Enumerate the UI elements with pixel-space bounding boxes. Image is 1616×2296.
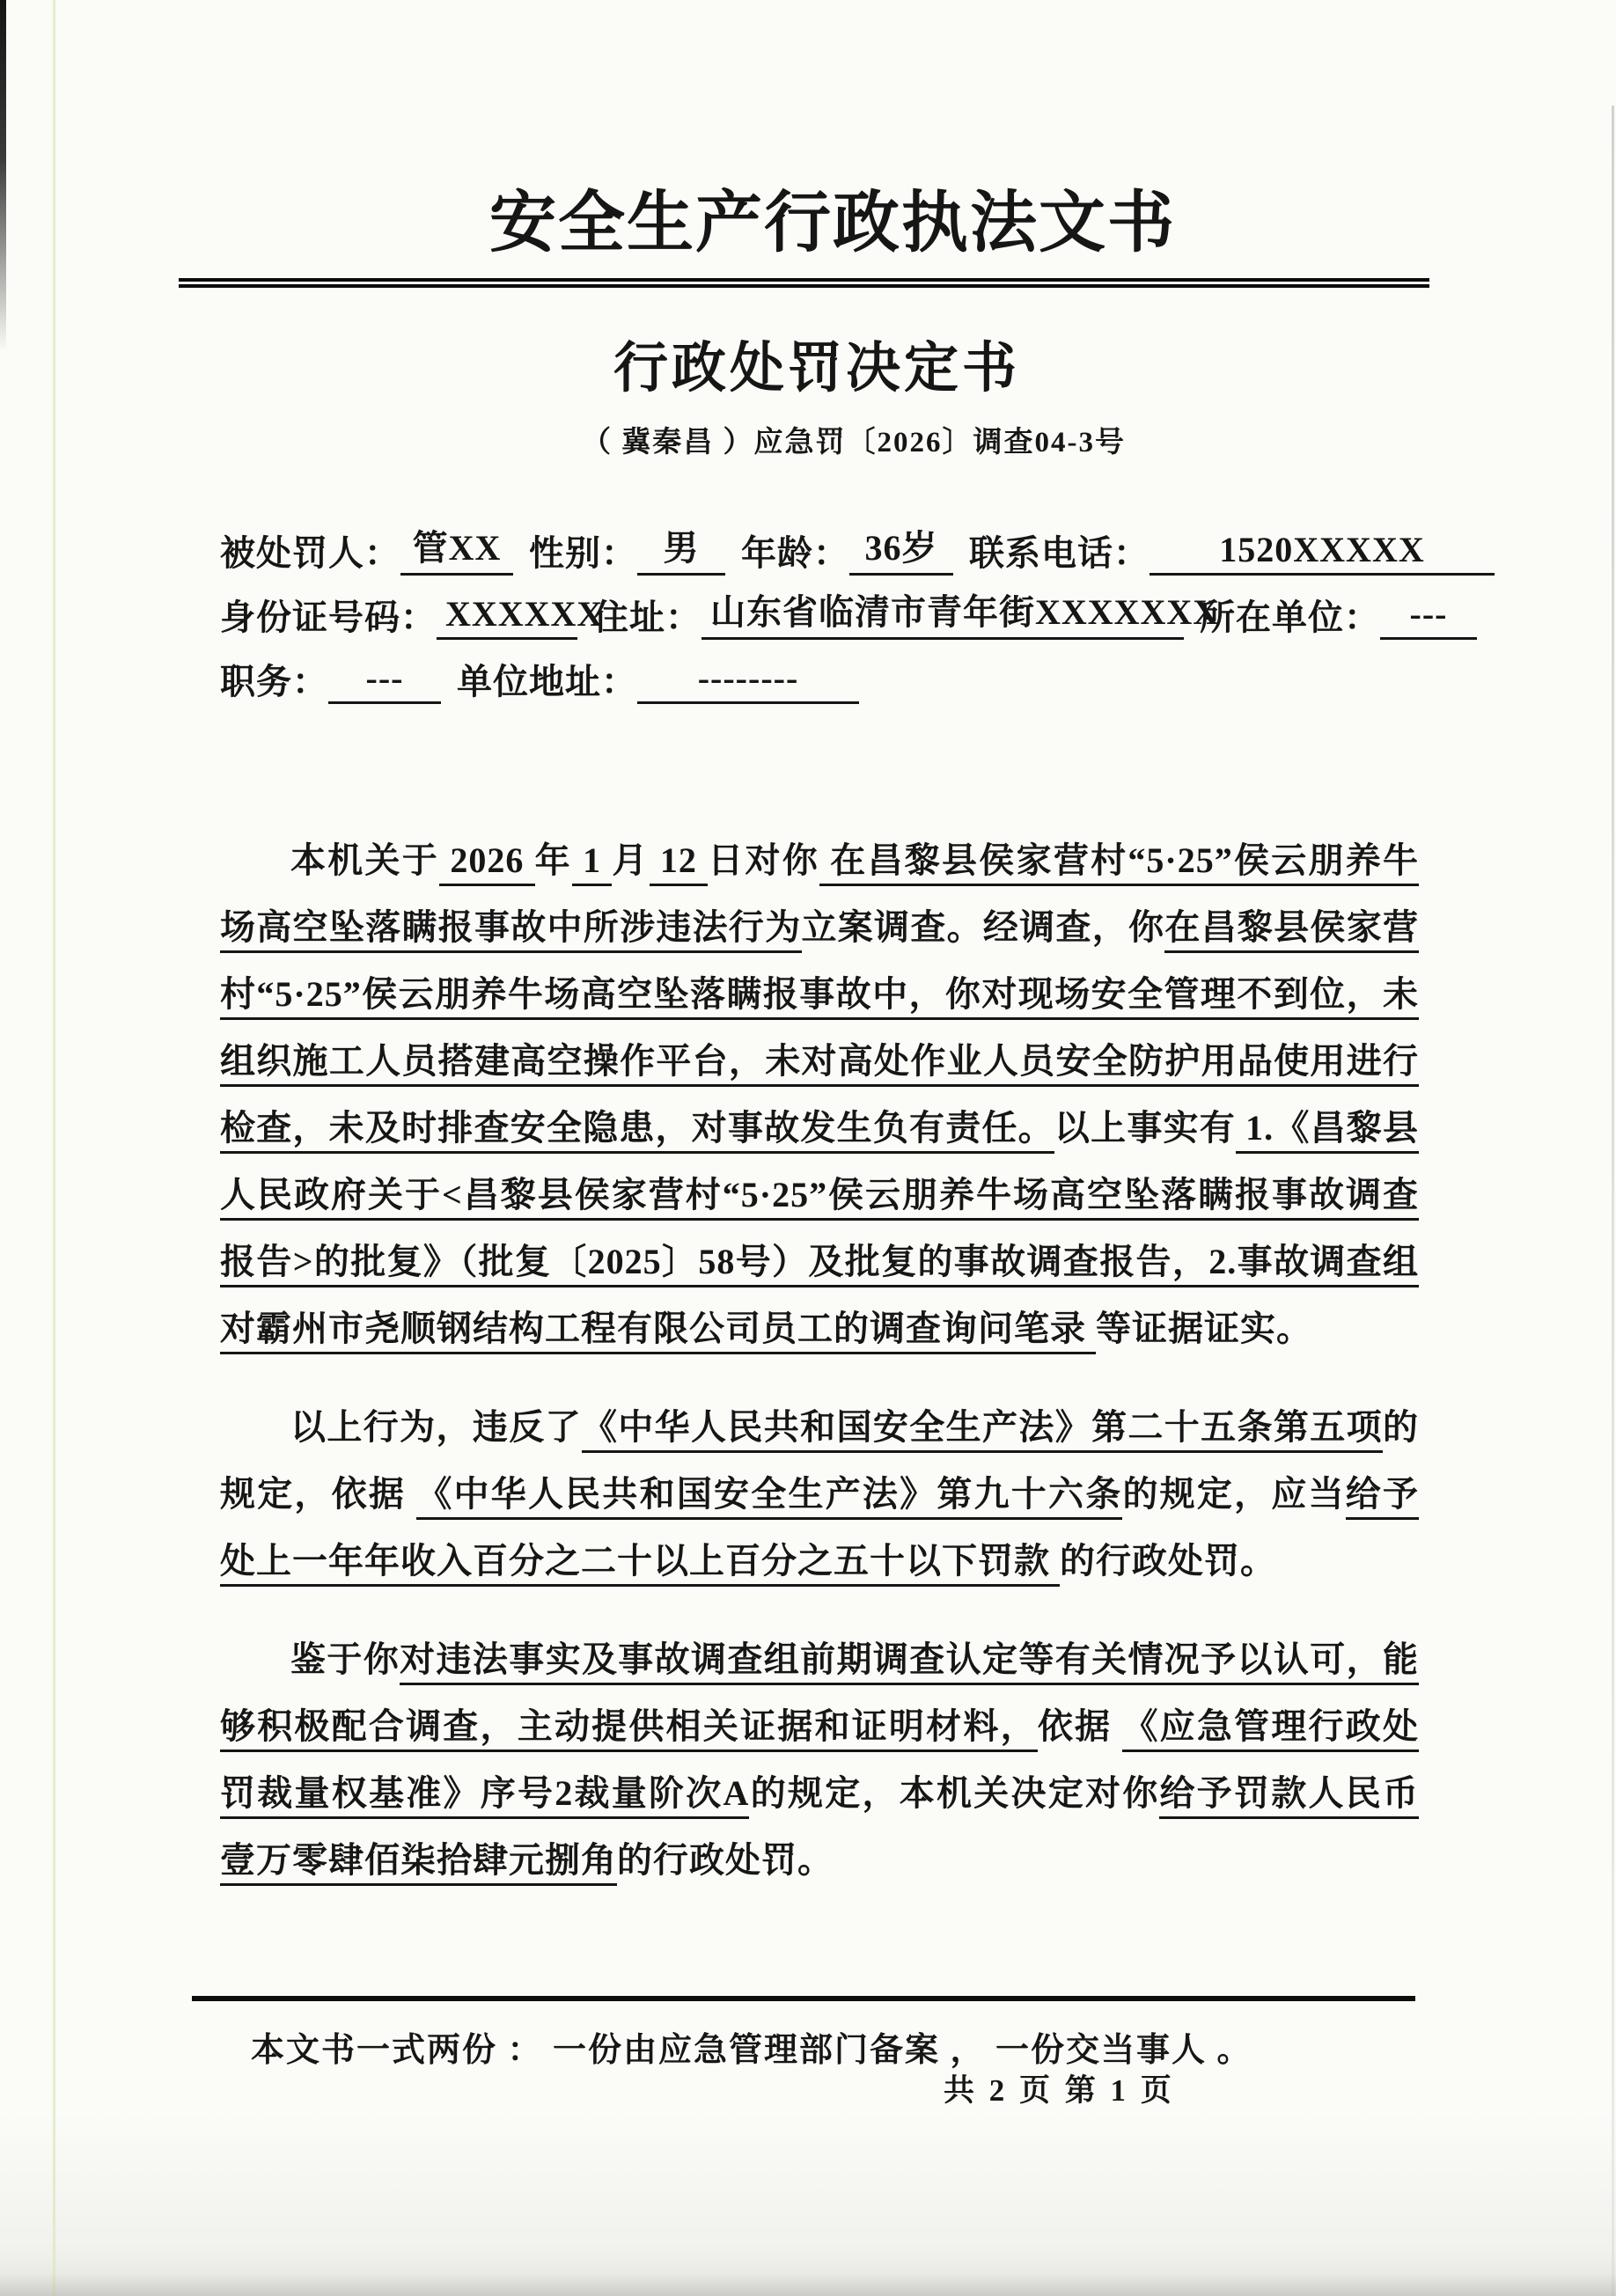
text-segment: 年 <box>535 840 572 880</box>
label-age: 年龄： <box>741 525 849 576</box>
value-id-number: XXXXXX <box>437 593 577 640</box>
body-paragraph-legal-basis: 以上行为，违反了《中华人民共和国安全生产法》第二十五条第五项的规定，依据 《中华… <box>220 1394 1419 1595</box>
text-segment: 鉴于你 <box>290 1639 400 1679</box>
text-segment: 以上行为，违反了 <box>290 1407 582 1447</box>
text-segment: 依据 <box>1038 1706 1123 1746</box>
header-double-rule <box>179 278 1429 288</box>
paper-edge-line-left <box>53 0 55 2296</box>
penalized-person-info: 被处罚人：管XX 性别：男 年龄：36岁 联系电话：1520XXXXX 身份证号… <box>220 539 1428 731</box>
label-duty: 职务： <box>220 654 328 704</box>
text-segment: 的行政处罚。 <box>617 1840 834 1880</box>
text-segment: 月 <box>612 840 649 880</box>
label-id-number: 身份证号码： <box>220 590 437 640</box>
label-unit-address: 单位地址： <box>457 654 637 704</box>
filled-blank-penalty-law: 《中华人民共和国安全生产法》第九十六条 <box>416 1474 1122 1520</box>
filled-blank-day: 12 <box>650 840 709 886</box>
value-gender: 男 <box>637 520 725 576</box>
value-phone: 1520XXXXX <box>1150 529 1495 576</box>
scan-edge-artifact-top-left <box>0 0 6 352</box>
scanned-document-page: 安全生产行政执法文书 行政处罚决定书 （ 冀秦昌 ）应急罚〔2026〕调查04-… <box>0 0 1616 2296</box>
filled-blank-violated-law: 《中华人民共和国安全生产法》第二十五条第五项 <box>582 1407 1383 1453</box>
footer-copies-note: 本文书一式两份 ： 一份由应急管理部门备案 ， 一份交当事人 。 <box>251 2022 1252 2071</box>
document-body: 本机关于 2026 年 1 月 12 日对你 在昌黎县侯家营村“5·25”侯云朋… <box>220 827 1419 1894</box>
document-series-title: 安全生产行政执法文书 <box>208 169 1458 265</box>
text-segment: 日对你 <box>708 840 819 880</box>
text-segment: 的行政处罚。 <box>1060 1541 1276 1581</box>
footer-rule <box>192 1996 1415 2001</box>
info-row-2: 身份证号码：XXXXXX 住址：山东省临清市青年街XXXXXXX 所在单位：--… <box>220 603 1428 640</box>
paper-edge-line-right <box>1612 106 1614 2296</box>
text-segment: 立案调查。经调查，你 <box>802 907 1165 947</box>
value-penalized-person: 管XX <box>400 520 513 576</box>
paper-edge-shadow-bottom <box>0 2273 1616 2296</box>
label-phone: 联系电话： <box>969 525 1150 576</box>
value-age: 36岁 <box>849 520 953 576</box>
label-gender: 性别： <box>529 525 637 576</box>
body-paragraph-decision: 鉴于你对违法事实及事故调查组前期调查认定等有关情况予以认可，能够积极配合调查，主… <box>220 1626 1419 1894</box>
body-paragraph-facts: 本机关于 2026 年 1 月 12 日对你 在昌黎县侯家营村“5·25”侯云朋… <box>220 827 1419 1362</box>
info-row-1: 被处罚人：管XX 性别：男 年龄：36岁 联系电话：1520XXXXX <box>220 539 1428 576</box>
page-number: 共 2 页 第 1 页 <box>944 2066 1175 2110</box>
text-segment: 以上事实有 <box>1054 1108 1236 1148</box>
filled-blank-year: 2026 <box>439 840 535 886</box>
value-address: 山东省临清市青年街XXXXXXX <box>701 584 1184 640</box>
document-title: 行政处罚决定书 <box>192 324 1442 402</box>
text-segment: 的规定，本机关决定对你 <box>749 1773 1159 1813</box>
info-row-3: 职务：--- 单位地址：-------- <box>220 667 1428 704</box>
value-duty: --- <box>328 657 441 704</box>
label-work-unit: 所在单位： <box>1200 590 1380 640</box>
label-penalized-person: 被处罚人： <box>220 525 400 576</box>
value-work-unit: --- <box>1380 593 1477 640</box>
value-unit-address: -------- <box>637 657 859 704</box>
text-segment: 等证据证实。 <box>1096 1309 1312 1348</box>
text-segment: 本机关于 <box>290 840 439 880</box>
text-segment: 的规定，应当 <box>1122 1474 1345 1514</box>
document-number: （ 冀秦昌 ）应急罚〔2026〕调查04-3号 <box>229 419 1479 460</box>
label-address: 住址： <box>593 590 701 640</box>
filled-blank-month: 1 <box>572 840 613 886</box>
